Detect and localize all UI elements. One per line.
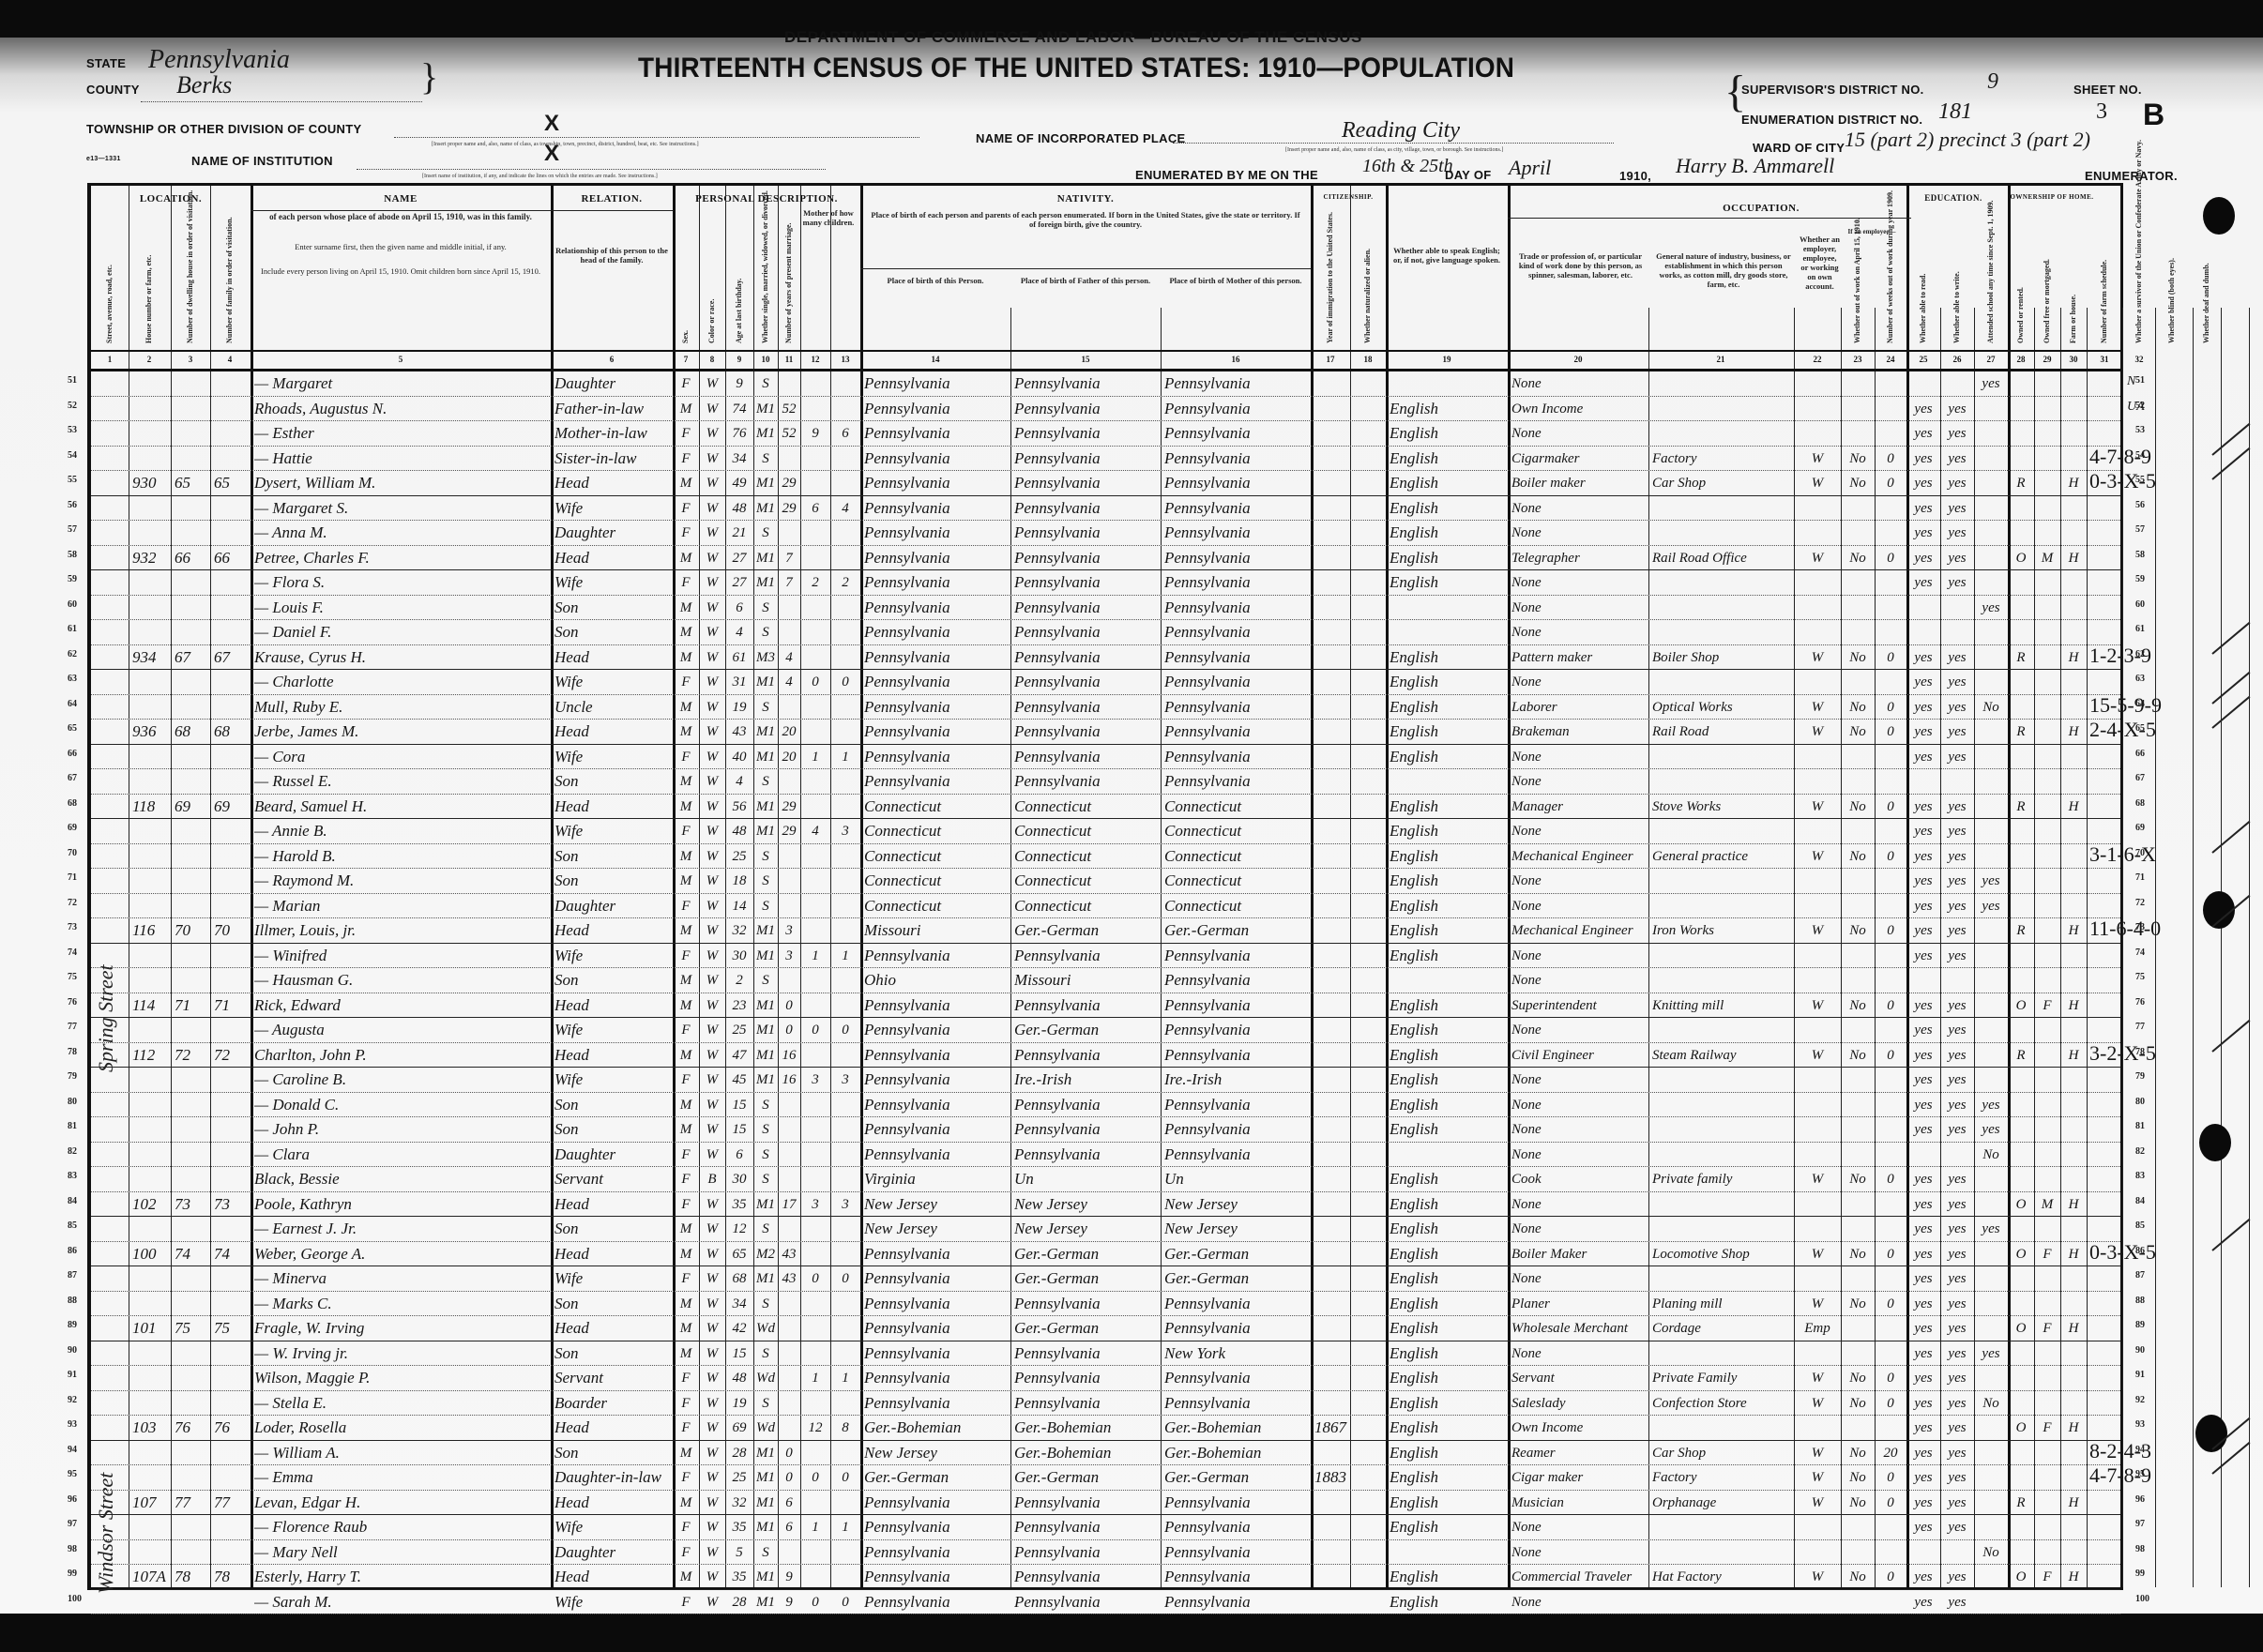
name-instruction-2: Include every person living on April 15,… (260, 266, 541, 276)
cell-pob: Pennsylvania (864, 1295, 1009, 1313)
cell-name: — Sarah M. (254, 1593, 549, 1612)
cell-pob: Pennsylvania (864, 1096, 1009, 1114)
column-number: 14 (926, 355, 945, 364)
cell-name: — Cora (254, 748, 549, 766)
cell-schedule: 0-3-X-5 (2089, 472, 2221, 491)
cell-write: yes (1941, 1120, 1973, 1139)
line-number: 68 (2135, 798, 2145, 809)
cell-yrs: 3 (779, 921, 799, 940)
cell-pob_m: Connecticut (1164, 847, 1309, 866)
cell-own: R (2009, 1493, 2033, 1512)
cell-house: 100 (132, 1245, 169, 1264)
cell-sex: F (674, 1543, 698, 1562)
cell-name: Poole, Kathryn (254, 1195, 549, 1214)
cell-sex: F (674, 374, 698, 393)
cell-marital: S (754, 599, 777, 617)
cell-pob: Pennsylvania (864, 599, 1009, 617)
cell-sex: M (674, 921, 698, 940)
cell-trade: None (1511, 599, 1647, 617)
cell-read: yes (1907, 822, 1939, 841)
cell-relation: Head (554, 1568, 671, 1586)
cell-name: — W. Irving jr. (254, 1344, 549, 1363)
line-number: 55 (2135, 475, 2145, 485)
cell-write: yes (1941, 1046, 1973, 1065)
cell-yrs: 20 (779, 722, 799, 741)
line-number: 91 (2135, 1370, 2145, 1380)
vertical-header-natur: Whether naturalized or alien. (1363, 223, 1372, 343)
cell-industry: Cordage (1652, 1319, 1792, 1338)
institution-value: X (544, 141, 559, 167)
row-rule (91, 1490, 2120, 1491)
cell-age: 76 (726, 424, 752, 443)
cell-born: 3 (801, 1195, 829, 1214)
line-number: 53 (2135, 425, 2145, 435)
cell-weeks: 0 (1876, 722, 1906, 741)
cell-age: 43 (726, 722, 752, 741)
cell-pob_f: Pennsylvania (1014, 1493, 1159, 1512)
cell-write: yes (1941, 871, 1973, 890)
cell-sex: M (674, 1096, 698, 1114)
cell-relation: Head (554, 921, 671, 940)
cell-sex: F (674, 1418, 698, 1437)
line-number-left: 68 (68, 798, 77, 809)
cell-sex: M (674, 1319, 698, 1338)
cell-pob_f: Pennsylvania (1014, 1344, 1159, 1363)
cell-age: 48 (726, 822, 752, 841)
cell-lang: English (1390, 897, 1506, 916)
cell-name: — Augusta (254, 1021, 549, 1039)
line-number: 61 (2135, 624, 2145, 634)
column-rule (2249, 308, 2250, 1587)
line-number: 80 (2135, 1097, 2145, 1107)
cell-pob: Pennsylvania (864, 1269, 1009, 1288)
cell-sex: F (674, 424, 698, 443)
vertical-header-house: House number or farm, etc. (144, 223, 153, 343)
cell-lang: English (1390, 449, 1506, 468)
cell-pob_m: Ger.-German (1164, 1245, 1309, 1264)
cell-lang: English (1390, 1394, 1506, 1413)
cell-pob_f: Ger.-Bohemian (1014, 1418, 1159, 1437)
cell-age: 15 (726, 1096, 752, 1114)
vertical-header-write: Whether able to write. (1952, 223, 1961, 343)
enumerator-label: ENUMERATOR. (2085, 169, 2178, 183)
county-value: Berks (176, 71, 232, 99)
cell-yrs: 9 (779, 1593, 799, 1612)
cell-pob_f: Un (1014, 1170, 1159, 1189)
cell-write: yes (1941, 474, 1973, 493)
enumerator-name: Harry B. Ammarell (1676, 154, 1834, 178)
cell-marital: Wd (754, 1418, 777, 1437)
cell-pob_m: Pennsylvania (1164, 698, 1309, 717)
cell-color: W (700, 400, 724, 418)
cell-sex: F (674, 573, 698, 592)
row-rule (91, 893, 2120, 894)
cell-emp: W (1795, 1468, 1840, 1487)
cell-yrs: 43 (779, 1269, 799, 1288)
cell-trade: Own Income (1511, 400, 1647, 418)
cell-name: Wilson, Maggie P. (254, 1369, 549, 1387)
cell-free: M (2035, 549, 2059, 568)
cell-weeks: 0 (1876, 1568, 1906, 1586)
cell-read: yes (1907, 424, 1939, 443)
cell-industry: Rail Road (1652, 722, 1792, 741)
vertical-header-schedule: Number of farm schedule. (2100, 223, 2108, 343)
cell-age: 47 (726, 1046, 752, 1065)
cell-write: yes (1941, 797, 1973, 816)
cell-emp: W (1795, 474, 1840, 493)
cell-living: 0 (831, 1468, 859, 1487)
cell-color: W (700, 1070, 724, 1089)
cell-name: — Stella E. (254, 1394, 549, 1413)
line-number: 62 (2135, 649, 2145, 659)
cell-trade: None (1511, 1120, 1647, 1139)
cell-weeks: 0 (1876, 648, 1906, 667)
cell-color: W (700, 1444, 724, 1463)
cell-write: yes (1941, 847, 1973, 866)
cell-yrs: 20 (779, 748, 799, 766)
vertical-header-blind: Whether blind (both eyes). (2167, 223, 2176, 343)
cell-schedule: 15-5-9-9 (2089, 696, 2221, 715)
row-rule (91, 1341, 2120, 1341)
cell-trade: None (1511, 897, 1647, 916)
cell-weeks: 0 (1876, 921, 1906, 940)
cell-age: 32 (726, 1493, 752, 1512)
column-rule (1161, 308, 1162, 1587)
cell-color: W (700, 523, 724, 542)
cell-emp: W (1795, 1394, 1840, 1413)
cell-relation: Wife (554, 748, 671, 766)
cell-write: yes (1941, 673, 1973, 691)
row-rule (91, 868, 2120, 869)
cell-name: — Louis F. (254, 599, 549, 617)
cell-pob_m: Pennsylvania (1164, 573, 1309, 592)
cell-industry: Orphanage (1652, 1493, 1792, 1512)
cell-name: — John P. (254, 1120, 549, 1139)
cell-sex: M (674, 599, 698, 617)
cell-trade: Cigar maker (1511, 1468, 1647, 1487)
cell-read: yes (1907, 1344, 1939, 1363)
line-number-left: 81 (68, 1121, 77, 1131)
cell-relation: Head (554, 474, 671, 493)
cell-family: 70 (214, 921, 249, 940)
cell-age: 27 (726, 573, 752, 592)
cell-age: 18 (726, 871, 752, 890)
institution-underline (357, 169, 826, 170)
cell-relation: Mother-in-law (554, 424, 671, 443)
column-number: 21 (1711, 355, 1730, 364)
line-number: 89 (2135, 1320, 2145, 1330)
cell-lang: English (1390, 499, 1506, 518)
cell-pob_m: New York (1164, 1344, 1309, 1363)
cell-weeks: 0 (1876, 996, 1906, 1015)
cell-pob_f: Ger.-German (1014, 1245, 1159, 1264)
cell-color: W (700, 797, 724, 816)
cell-own: O (2009, 1319, 2033, 1338)
cell-pob: Pennsylvania (864, 374, 1009, 393)
cell-family: 67 (214, 648, 249, 667)
cell-pob_m: Pennsylvania (1164, 673, 1309, 691)
row-rule (91, 669, 2120, 670)
cell-pob_f: Pennsylvania (1014, 996, 1159, 1015)
line-number-left: 93 (68, 1419, 77, 1430)
cell-lang: English (1390, 1195, 1506, 1214)
cell-relation: Head (554, 996, 671, 1015)
cell-pob: Pennsylvania (864, 772, 1009, 791)
cell-schedule: 2-4-X-5 (2089, 720, 2221, 739)
cell-living: 1 (831, 1369, 859, 1387)
cell-school: No (1975, 1145, 2007, 1164)
cell-lang: English (1390, 1344, 1506, 1363)
line-number: 85 (2135, 1220, 2145, 1231)
cell-marital: S (754, 1394, 777, 1413)
cell-relation: Son (554, 847, 671, 866)
line-number-left: 64 (68, 699, 77, 709)
cell-write: yes (1941, 897, 1973, 916)
cell-pob_f: Pennsylvania (1014, 374, 1159, 393)
cell-relation: Daughter (554, 374, 671, 393)
supervisor-district-value: 9 (1987, 69, 1998, 95)
cell-name: — Clara (254, 1145, 549, 1164)
nativity-description: Place of birth of each person and parent… (870, 210, 1301, 229)
cell-farm: H (2061, 1046, 2086, 1065)
cell-yrs: 0 (779, 996, 799, 1015)
cell-name: Mull, Ruby E. (254, 698, 549, 717)
cell-emp: W (1795, 797, 1840, 816)
cell-yrs: 17 (779, 1195, 799, 1214)
cell-marital: M1 (754, 1021, 777, 1039)
cell-pob: Connecticut (864, 871, 1009, 890)
cell-pob: Pennsylvania (864, 549, 1009, 568)
line-number-left: 75 (68, 972, 77, 982)
cell-read: yes (1907, 1319, 1939, 1338)
cell-read: yes (1907, 748, 1939, 766)
cell-pob_f: Pennsylvania (1014, 748, 1159, 766)
cell-trade: None (1511, 1269, 1647, 1288)
line-number-left: 78 (68, 1047, 77, 1057)
line-number-left: 60 (68, 599, 77, 610)
cell-trade: None (1511, 1070, 1647, 1089)
row-rule (91, 917, 2120, 918)
cell-name: Krause, Cyrus H. (254, 648, 549, 667)
row-rule (91, 1415, 2120, 1416)
cell-write: yes (1941, 1369, 1973, 1387)
cell-trade: Mechanical Engineer (1511, 847, 1647, 866)
cell-relation: Head (554, 549, 671, 568)
cell-living: 3 (831, 1195, 859, 1214)
cell-trade: None (1511, 523, 1647, 542)
cell-emp: W (1795, 921, 1840, 940)
column-number: 29 (2038, 355, 2057, 364)
cell-lang: English (1390, 1444, 1506, 1463)
row-rule (91, 1539, 2120, 1540)
cell-living: 3 (831, 822, 859, 841)
cell-relation: Servant (554, 1170, 671, 1189)
row-rule (91, 446, 2120, 447)
column-number: 13 (836, 355, 855, 364)
cell-marital: S (754, 1220, 777, 1238)
cell-own: R (2009, 921, 2033, 940)
cell-sex: M (674, 1120, 698, 1139)
header-brace: } (420, 54, 438, 99)
line-number-left: 52 (68, 401, 77, 411)
cell-oow: No (1842, 1568, 1874, 1586)
cell-color: W (700, 871, 724, 890)
cell-pob_m: Pennsylvania (1164, 1319, 1309, 1338)
cell-color: W (700, 1418, 724, 1437)
language-header: Whether able to speak English; or, if no… (1390, 246, 1503, 265)
cell-farm: H (2061, 648, 2086, 667)
line-number-left: 92 (68, 1395, 77, 1405)
cell-color: W (700, 1543, 724, 1562)
cell-lang: English (1390, 1170, 1506, 1189)
cell-name: — Raymond M. (254, 871, 549, 890)
cell-read: yes (1907, 449, 1939, 468)
row-rule (91, 1514, 2120, 1515)
row-rule (91, 1142, 2120, 1143)
cell-write: yes (1941, 400, 1973, 418)
cell-color: W (700, 549, 724, 568)
cell-relation: Daughter (554, 1543, 671, 1562)
cell-oow: No (1842, 1444, 1874, 1463)
cell-pob: Pennsylvania (864, 1518, 1009, 1537)
cell-pob_f: Connecticut (1014, 797, 1159, 816)
row-rule (91, 1614, 2120, 1614)
cell-name: Rick, Edward (254, 996, 549, 1015)
cell-pob_f: Pennsylvania (1014, 722, 1159, 741)
cell-pob: Pennsylvania (864, 1369, 1009, 1387)
cell-pob_m: Pennsylvania (1164, 400, 1309, 418)
cell-house: 103 (132, 1418, 169, 1437)
cell-dwelling: 68 (175, 722, 208, 741)
line-number: 84 (2135, 1196, 2145, 1206)
cell-relation: Father-in-law (554, 400, 671, 418)
column-rule (2087, 308, 2088, 1587)
cell-marital: S (754, 847, 777, 866)
cell-read: yes (1907, 897, 1939, 916)
cell-marital: S (754, 374, 777, 393)
cell-read: yes (1907, 871, 1939, 890)
cell-lang: English (1390, 1493, 1506, 1512)
cell-pob_m: Pennsylvania (1164, 1543, 1309, 1562)
cell-born: 1 (801, 748, 829, 766)
cell-color: W (700, 772, 724, 791)
cell-own: R (2009, 797, 2033, 816)
cell-age: 2 (726, 971, 752, 990)
cell-sex: M (674, 549, 698, 568)
cell-industry: Confection Store (1652, 1394, 1792, 1413)
pob-mother-header: Place of birth of Mother of this person. (1161, 276, 1311, 285)
line-number: 75 (2135, 972, 2145, 982)
cell-school: yes (1975, 1344, 2007, 1363)
cell-own: O (2009, 1568, 2033, 1586)
cell-house: 107 (132, 1493, 169, 1512)
row-rule (91, 1191, 2120, 1192)
day-of-label: DAY OF (1445, 168, 1491, 182)
cell-family: 68 (214, 722, 249, 741)
cell-read: yes (1907, 947, 1939, 965)
cell-color: W (700, 1493, 724, 1512)
line-number-left: 67 (68, 773, 77, 783)
enumerated-label: ENUMERATED BY ME ON THE (1135, 168, 1318, 182)
cell-color: W (700, 921, 724, 940)
row-rule (91, 1589, 2120, 1590)
cell-dwelling: 74 (175, 1245, 208, 1264)
cell-lang: English (1390, 1269, 1506, 1288)
incorporated-instructions: [Insert proper name and, also, name of c… (1285, 147, 1503, 153)
cell-trade: Pattern maker (1511, 648, 1647, 667)
cell-sex: F (674, 1369, 698, 1387)
cell-age: 14 (726, 897, 752, 916)
cell-color: W (700, 971, 724, 990)
cell-read: yes (1907, 1046, 1939, 1065)
pob-father-header: Place of birth of Father of this person. (1010, 276, 1161, 285)
line-number-left: 88 (68, 1296, 77, 1306)
cell-lang: English (1390, 1369, 1506, 1387)
line-number: 99 (2135, 1569, 2145, 1579)
industry-header: General nature of industry, business, or… (1653, 251, 1794, 289)
cell-relation: Son (554, 772, 671, 791)
vertical-header-sex: Sex. (681, 223, 690, 343)
row-rule (91, 396, 2120, 397)
cell-industry: Knitting mill (1652, 996, 1792, 1015)
cell-pob: Connecticut (864, 847, 1009, 866)
cell-own: R (2009, 722, 2033, 741)
cell-write: yes (1941, 1170, 1973, 1189)
line-number-left: 77 (68, 1022, 77, 1032)
cell-yrs: 4 (779, 673, 799, 691)
cell-free: F (2035, 996, 2059, 1015)
cell-sex: F (674, 947, 698, 965)
cell-lang: English (1390, 722, 1506, 741)
cell-pob: Pennsylvania (864, 1046, 1009, 1065)
cell-age: 34 (726, 1295, 752, 1313)
column-number: 32 (2130, 355, 2149, 364)
cell-pob: Ger.-Bohemian (864, 1418, 1009, 1437)
institution-label: NAME OF INSTITUTION (191, 154, 333, 168)
cell-born: 0 (801, 1021, 829, 1039)
line-number: 88 (2135, 1296, 2145, 1306)
cell-pob_m: Pennsylvania (1164, 449, 1309, 468)
cell-lang: English (1390, 673, 1506, 691)
cell-color: W (700, 1518, 724, 1537)
line-number-left: 90 (68, 1345, 77, 1356)
ward-value: 15 (part 2) precinct 3 (part 2) (1845, 128, 2090, 152)
cell-relation: Servant (554, 1369, 671, 1387)
cell-write: yes (1941, 1418, 1973, 1437)
cell-lang: English (1390, 1070, 1506, 1089)
cell-marital: M1 (754, 1593, 777, 1612)
cell-yrs: 6 (779, 1518, 799, 1537)
line-number-left: 76 (68, 997, 77, 1008)
cell-trade: None (1511, 1021, 1647, 1039)
cell-lang: English (1390, 847, 1506, 866)
header-rule (91, 369, 2120, 371)
cell-pob: Pennsylvania (864, 573, 1009, 592)
cell-pob: New Jersey (864, 1220, 1009, 1238)
cell-trade: None (1511, 1096, 1647, 1114)
cell-pob_m: Pennsylvania (1164, 996, 1309, 1015)
cell-age: 68 (726, 1269, 752, 1288)
cell-read: yes (1907, 1518, 1939, 1537)
cell-write: yes (1941, 996, 1973, 1015)
column-number: 24 (1881, 355, 1900, 364)
cell-marital: S (754, 897, 777, 916)
line-number-left: 83 (68, 1171, 77, 1181)
cell-own: R (2009, 474, 2033, 493)
cell-pob: Pennsylvania (864, 474, 1009, 493)
cell-relation: Head (554, 797, 671, 816)
cell-pob: Pennsylvania (864, 1145, 1009, 1164)
